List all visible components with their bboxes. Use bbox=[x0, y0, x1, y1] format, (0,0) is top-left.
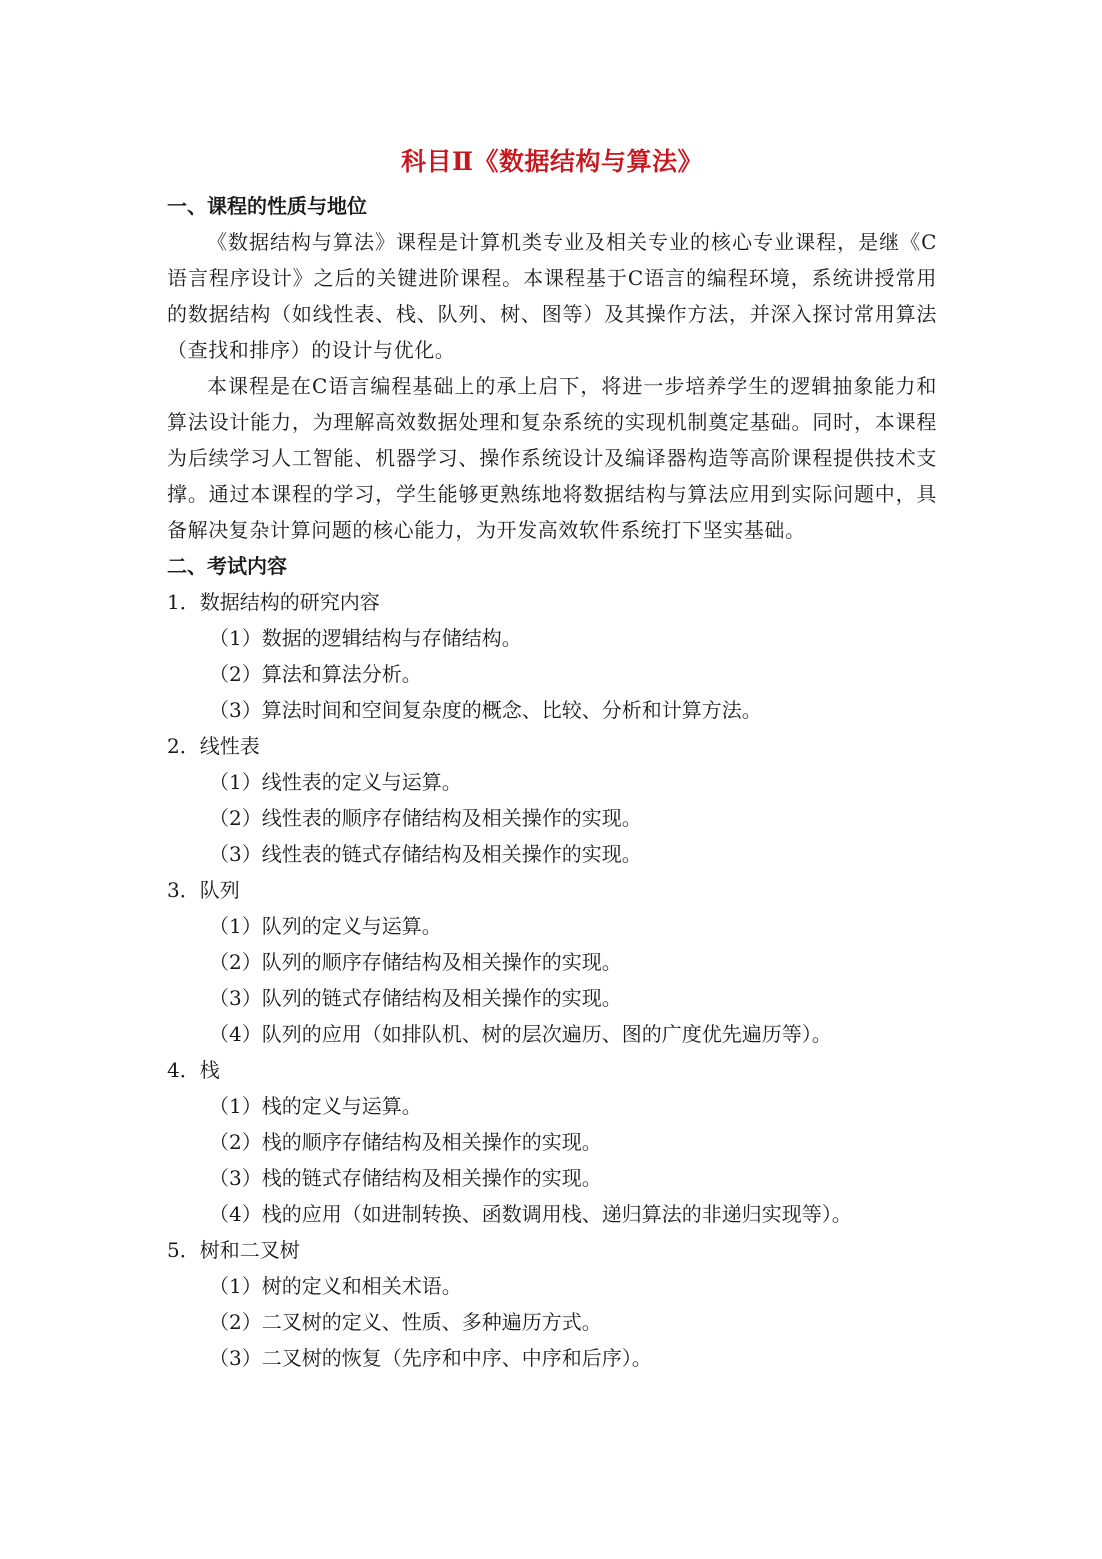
list-item: （3）队列的链式存储结构及相关操作的实现。 bbox=[167, 980, 937, 1016]
section-course-nature: 一、课程的性质与地位 《数据结构与算法》课程是计算机类专业及相关专业的核心专业课… bbox=[167, 188, 937, 548]
list-item: （1）数据的逻辑结构与存储结构。 bbox=[167, 620, 937, 656]
document-title: 科目Ⅱ《数据结构与算法》 bbox=[167, 140, 937, 184]
list-item: （4）栈的应用（如进制转换、函数调用栈、递归算法的非递归实现等）。 bbox=[167, 1196, 937, 1232]
list-item: （1）栈的定义与运算。 bbox=[167, 1088, 937, 1124]
list-item: （3）算法时间和空间复杂度的概念、比较、分析和计算方法。 bbox=[167, 692, 937, 728]
list-item: （2）二叉树的定义、性质、多种遍历方式。 bbox=[167, 1304, 937, 1340]
topic-label: 4．栈 bbox=[167, 1052, 937, 1088]
topic-stack: 4．栈 （1）栈的定义与运算。 （2）栈的顺序存储结构及相关操作的实现。 （3）… bbox=[167, 1052, 937, 1232]
list-item: （1）队列的定义与运算。 bbox=[167, 908, 937, 944]
topic-queue: 3．队列 （1）队列的定义与运算。 （2）队列的顺序存储结构及相关操作的实现。 … bbox=[167, 872, 937, 1052]
document-page: 科目Ⅱ《数据结构与算法》 一、课程的性质与地位 《数据结构与算法》课程是计算机类… bbox=[167, 140, 937, 1376]
topic-linear-list: 2．线性表 （1）线性表的定义与运算。 （2）线性表的顺序存储结构及相关操作的实… bbox=[167, 728, 937, 872]
list-item: （2）队列的顺序存储结构及相关操作的实现。 bbox=[167, 944, 937, 980]
paragraph: 《数据结构与算法》课程是计算机类专业及相关专业的核心专业课程，是继《C语言程序设… bbox=[167, 224, 937, 368]
section-heading: 二、考试内容 bbox=[167, 548, 937, 584]
list-item: （3）栈的链式存储结构及相关操作的实现。 bbox=[167, 1160, 937, 1196]
list-item: （1）树的定义和相关术语。 bbox=[167, 1268, 937, 1304]
section-exam-content: 二、考试内容 1．数据结构的研究内容 （1）数据的逻辑结构与存储结构。 （2）算… bbox=[167, 548, 937, 1376]
list-item: （1）线性表的定义与运算。 bbox=[167, 764, 937, 800]
topic-tree-binary-tree: 5．树和二叉树 （1）树的定义和相关术语。 （2）二叉树的定义、性质、多种遍历方… bbox=[167, 1232, 937, 1376]
list-item: （3）线性表的链式存储结构及相关操作的实现。 bbox=[167, 836, 937, 872]
topic-label: 5．树和二叉树 bbox=[167, 1232, 937, 1268]
list-item: （2）线性表的顺序存储结构及相关操作的实现。 bbox=[167, 800, 937, 836]
list-item: （2）栈的顺序存储结构及相关操作的实现。 bbox=[167, 1124, 937, 1160]
topic-label: 3．队列 bbox=[167, 872, 937, 908]
topic-label: 2．线性表 bbox=[167, 728, 937, 764]
list-item: （4）队列的应用（如排队机、树的层次遍历、图的广度优先遍历等）。 bbox=[167, 1016, 937, 1052]
topic-data-structure-research: 1．数据结构的研究内容 （1）数据的逻辑结构与存储结构。 （2）算法和算法分析。… bbox=[167, 584, 937, 728]
paragraph: 本课程是在C语言编程基础上的承上启下，将进一步培养学生的逻辑抽象能力和算法设计能… bbox=[167, 368, 937, 548]
list-item: （3）二叉树的恢复（先序和中序、中序和后序）。 bbox=[167, 1340, 937, 1376]
topic-label: 1．数据结构的研究内容 bbox=[167, 584, 937, 620]
list-item: （2）算法和算法分析。 bbox=[167, 656, 937, 692]
section-heading: 一、课程的性质与地位 bbox=[167, 188, 937, 224]
